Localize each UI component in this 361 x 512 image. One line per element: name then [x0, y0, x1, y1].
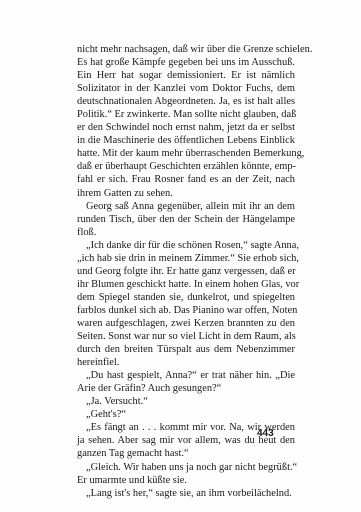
text-line: und Georg folgte ihr. Er hatte ganz verg…	[77, 265, 295, 278]
text-line: daß er überhaupt Geschichten erzählen kö…	[77, 160, 295, 173]
text-line: dem Spiegel standen sie, dunkelrot, und …	[77, 291, 295, 304]
text-line: „ich hab sie drin in meinem Zimmer.“ Sie…	[77, 252, 295, 265]
text-line: durch den breiten Türspalt aus dem Neben…	[77, 343, 295, 356]
text-line: hatte. Mit der kaum mehr überraschenden …	[77, 147, 295, 160]
text-line: waren aufgeschlagen, zwei Kerzen brannte…	[77, 317, 295, 330]
text-line: „Ja. Versucht.“	[77, 395, 295, 408]
text-line: Er umarmte und küßte sie.	[77, 474, 295, 487]
text-line: „Lang ist's her,“ sagte sie, an ihm vorb…	[77, 487, 295, 500]
text-line: Politik.“ Er zwinkerte. Man sollte nicht…	[77, 108, 295, 121]
text-line: farblos dunkel sich ab. Das Pianino war …	[77, 304, 295, 317]
text-line: floß.	[77, 226, 295, 239]
text-line: er den Schwindel noch ernst nahm, jetzt …	[77, 121, 295, 134]
text-line: Solizitator in der Kanzlei vom Doktor Fu…	[77, 82, 295, 95]
text-line: in die Maschinerie des öffentlichen Lebe…	[77, 134, 295, 147]
text-line: fahl er sich. Frau Rosner fand es an der…	[77, 173, 295, 186]
text-line: Seiten. Sonst war nur so viel Licht in d…	[77, 330, 295, 343]
text-line: Georg saß Anna gegenüber, allein mit ihr…	[77, 200, 295, 213]
text-line: Arie der Gräfin? Auch gesungen?“	[77, 382, 295, 395]
text-line: runden Tisch, über den der Schein der Hä…	[77, 213, 295, 226]
text-line: ganzen Tag gemacht hast.“	[77, 447, 295, 460]
text-line: „Gleich. Wir haben uns ja noch gar nicht…	[77, 461, 295, 474]
text-line: „Du hast gespielt, Anna?“ er trat näher …	[77, 369, 295, 382]
text-line: ihrem Gatten zu sehen.	[77, 187, 295, 200]
book-page: nicht mehr nachsagen, daß wir über die G…	[0, 0, 361, 512]
text-line: „Ich danke dir für die schönen Rosen,“ s…	[77, 239, 295, 252]
page-number: 443	[257, 428, 274, 439]
text-line: „Geht's?“	[77, 408, 295, 421]
text-line: ihr Blumen geschickt hatte. In einem hoh…	[77, 278, 295, 291]
text-line: Ein Herr hat sogar demissioniert. Er ist…	[77, 69, 295, 82]
text-line: deutschnationalen Abgeordneten. Ja, es i…	[77, 95, 295, 108]
text-line: hereinfiel.	[77, 356, 295, 369]
text-line: Es hat große Kämpfe gegeben bei uns im A…	[77, 56, 295, 69]
text-line: nicht mehr nachsagen, daß wir über die G…	[77, 43, 295, 56]
